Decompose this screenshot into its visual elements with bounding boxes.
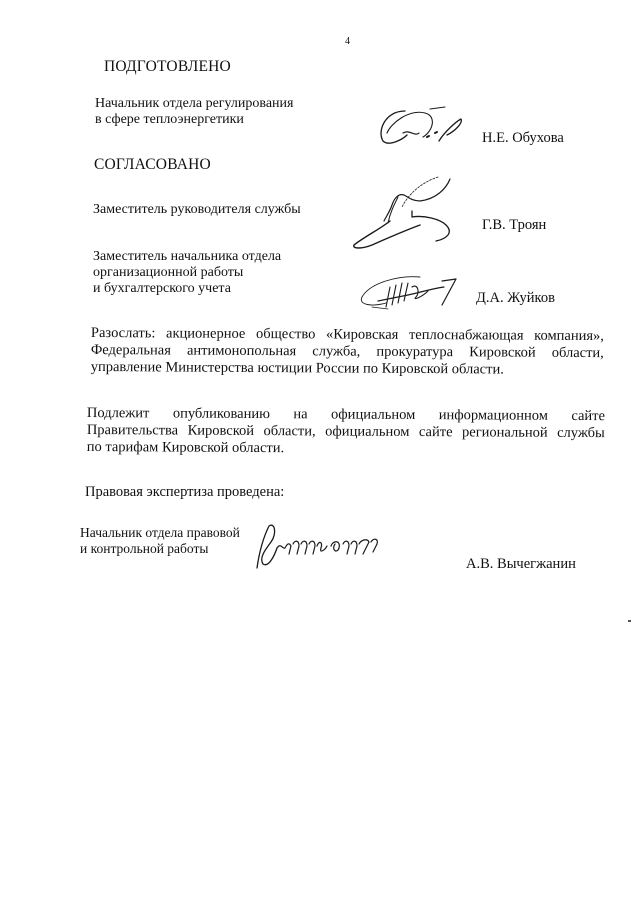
signature-obukhova-icon [375,103,470,148]
signer-position-troyan: Заместитель руководителя службы [93,202,301,218]
legal-review-statement: Правовая экспертиза проведена: [85,484,284,500]
position-line: в сфере теплоэнергетики [95,112,293,128]
signer-name-obukhova: Н.Е. Обухова [482,130,564,147]
signature-vychegzhanin-icon [255,520,415,575]
signer-position-zhuikov: Заместитель начальника отдела организаци… [93,249,281,297]
distribution-line: управление Министерства юстиции России п… [91,359,604,379]
signer-position-obukhova: Начальник отдела регулирования в сфере т… [95,96,293,128]
position-line: и контрольной работы [80,541,240,557]
page-number: 4 [345,36,350,47]
publication-line: по тарифам Кировской области. [87,439,605,459]
signer-name-troyan: Г.В. Троян [482,217,546,234]
signer-name-vychegzhanin: А.В. Вычегжанин [466,556,576,573]
publication-paragraph: Подлежит опубликованию на официальном ин… [87,405,605,459]
position-line: Заместитель начальника отдела [93,249,281,265]
signature-troyan-icon [350,175,490,270]
prepared-heading: ПОДГОТОВЛЕНО [104,58,231,76]
agreed-heading: СОГЛАСОВАНО [94,156,211,174]
position-line: Начальник отдела регулирования [95,96,293,112]
distribution-paragraph: Разослать: акционерное общество «Кировск… [91,325,604,379]
position-line: Заместитель руководителя службы [93,202,301,218]
scan-artifact [628,620,631,622]
signer-name-zhuikov: Д.А. Жуйков [476,290,555,307]
signer-position-vychegzhanin: Начальник отдела правовой и контрольной … [80,525,240,557]
signature-zhuikov-icon [358,273,468,318]
position-line: и бухгалтерского учета [93,281,281,297]
position-line: организационной работы [93,265,281,281]
position-line: Начальник отдела правовой [80,525,240,541]
